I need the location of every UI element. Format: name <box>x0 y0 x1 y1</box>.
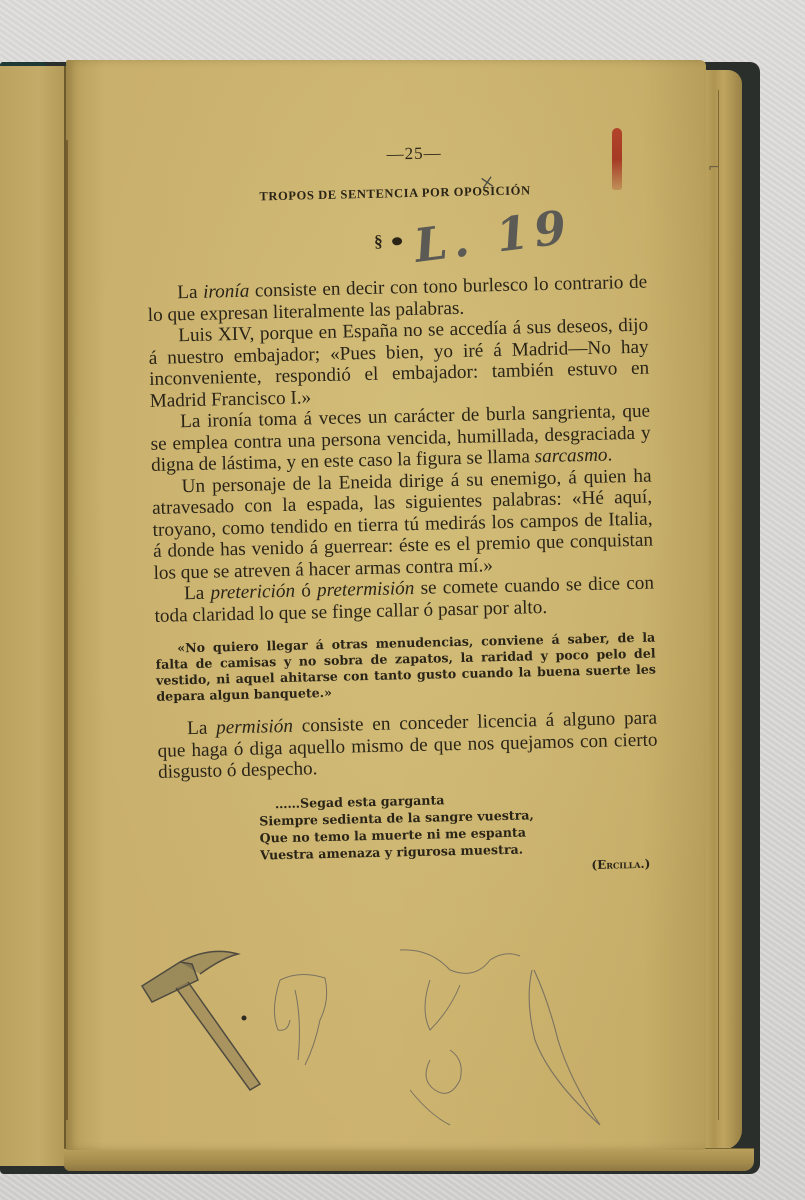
ink-dot <box>242 1016 247 1021</box>
example-quote: «No quiero llegar á otras menudencias, c… <box>155 630 656 705</box>
verse-attribution: (Ercilla.) <box>160 856 660 881</box>
term-sarcasmo: sarcasmo <box>534 445 607 468</box>
term-ironia: ironía <box>203 281 250 303</box>
pencil-sketches <box>130 940 690 1130</box>
section-symbol: § <box>374 232 383 252</box>
blade-sketch-icon <box>529 970 600 1125</box>
paragraph-eneida: Un personaje de la Eneida dirige á su en… <box>151 465 653 584</box>
left-page-edge <box>0 66 66 1166</box>
bottom-page-edge <box>64 1148 754 1171</box>
figure-sketch-icon <box>400 950 520 1125</box>
verse-block: ……Segad esta garganta Siempre sedienta d… <box>259 786 660 863</box>
term-permision: permisión <box>216 716 293 739</box>
section-marker: § L. 19 <box>146 216 647 265</box>
hammer-sketch-icon <box>142 951 260 1090</box>
section-title: Tropos de sentencia por oposición <box>145 181 645 207</box>
handwritten-annotation: L. 19 <box>411 199 575 273</box>
ink-blot <box>392 237 402 245</box>
edge-mark: ⌐ <box>708 160 720 176</box>
paragraph-sarcasmo: La ironía toma á veces un carácter de bu… <box>150 401 651 477</box>
paragraph-permision: La permisión consiste en conceder licenc… <box>157 708 658 784</box>
paragraph-luis-xiv: Luis XIV, porque en España no se accedía… <box>148 315 650 412</box>
page-number: —25— <box>184 139 644 169</box>
term-pretericion: preterición <box>210 581 295 604</box>
hand-sketch-icon <box>274 974 326 1065</box>
page-content: —25— Tropos de sentencia por oposición §… <box>144 139 660 882</box>
term-pretermision: pretermisión <box>317 578 415 601</box>
gutter <box>66 140 68 1120</box>
book-page: × —25— Tropos de sentencia por oposición… <box>66 60 706 1150</box>
